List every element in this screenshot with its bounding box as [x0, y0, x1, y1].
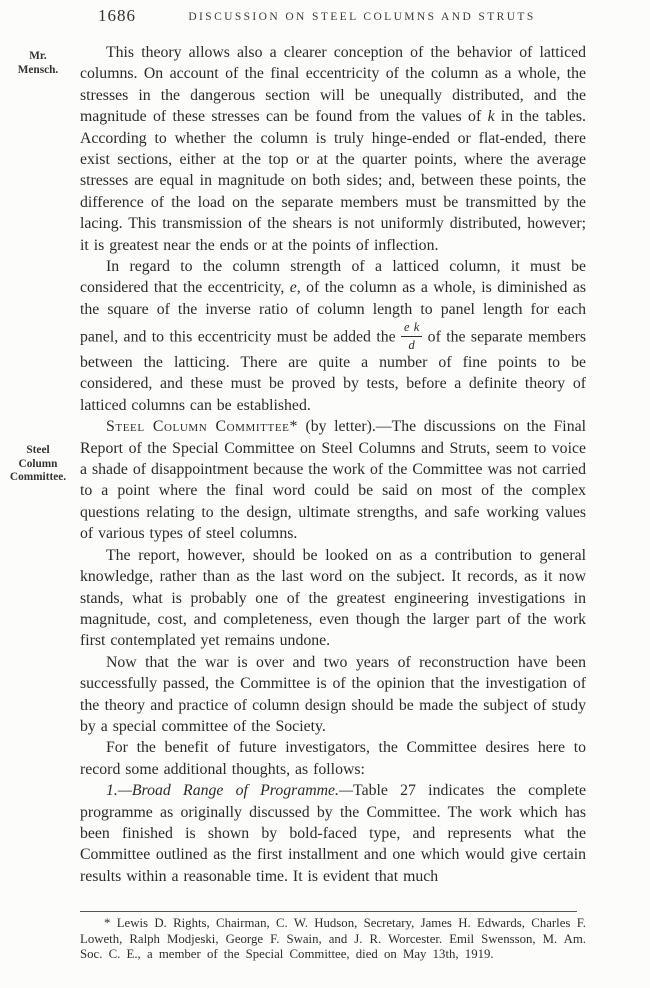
footnote-divider	[80, 911, 577, 912]
steel-column-committee-heading: Steel Column Committee*	[106, 418, 298, 435]
broad-range-lead-italic: 1.—Broad Range of Programme.—	[106, 782, 353, 799]
paragraph-war-over: Now that the war is over and two years o…	[80, 652, 586, 738]
fraction-ek-over-d: e kd	[401, 320, 422, 352]
variable-k: k	[488, 108, 495, 125]
fraction-denominator: d	[401, 337, 422, 352]
p1-text-cont: in the tables. According to whether the …	[80, 108, 586, 253]
margin-note-steel-column-committee: Steel Column Committee.	[2, 444, 74, 485]
variable-e: e	[290, 279, 297, 296]
margin-note-mr-mensch: Mr. Mensch.	[2, 50, 74, 77]
running-title: DISCUSSION ON STEEL COLUMNS AND STRUTS	[188, 11, 535, 23]
paragraph-broad-range-programme: 1.—Broad Range of Programme.—Table 27 in…	[80, 780, 586, 887]
fraction-numerator: e k	[401, 320, 422, 336]
page-number: 1686	[98, 6, 136, 26]
paragraph-committee-letter: Steel Column Committee* (by letter).—The…	[80, 416, 586, 544]
text-column: This theory allows also a clearer concep…	[80, 42, 586, 887]
paragraph-behavior-of-latticed-columns: This theory allows also a clearer concep…	[80, 42, 586, 256]
paragraph-future-investigators: For the benefit of future investigators,…	[80, 737, 586, 780]
p3-text: (by letter).—The discussions on the Fina…	[80, 418, 586, 542]
paragraph-report-contribution: The report, however, should be looked on…	[80, 545, 586, 652]
paragraph-column-strength: In regard to the column strength of a la…	[80, 256, 586, 416]
footnote-committee-members: * Lewis D. Rights, Chairman, C. W. Hudso…	[80, 916, 586, 963]
book-page: 1686 DISCUSSION ON STEEL COLUMNS AND STR…	[0, 0, 650, 988]
